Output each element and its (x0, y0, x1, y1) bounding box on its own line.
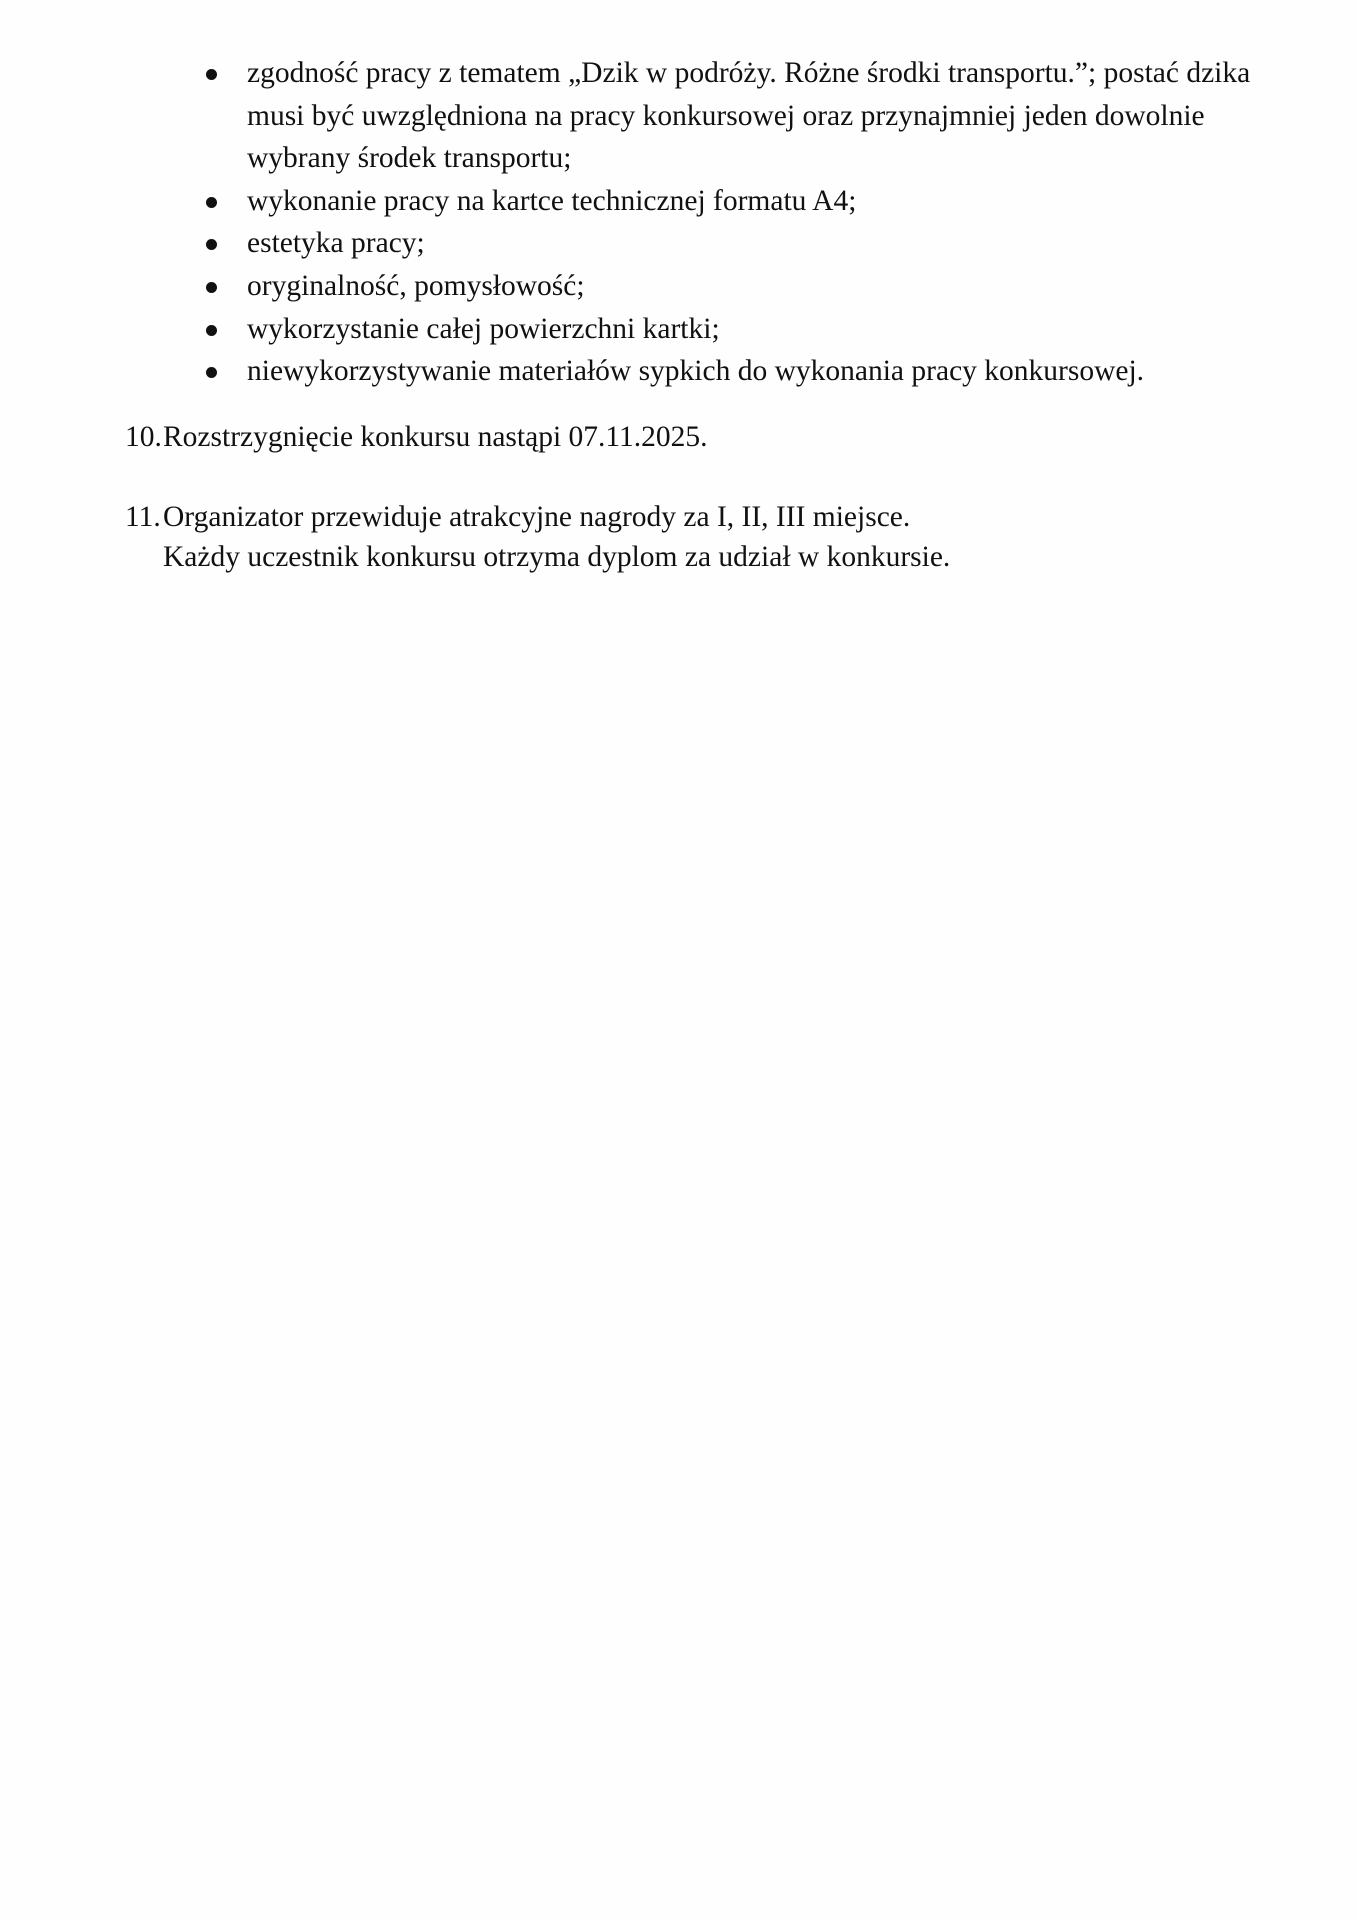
criteria-item: wykorzystanie całej powierzchni kartki; (0, 308, 1257, 351)
bullet-icon (206, 239, 217, 250)
criteria-item: estetyka pracy; (0, 222, 1257, 265)
item-text: Rozstrzygnięcie konkursu nastąpi 07.11.2… (163, 421, 708, 453)
document-page: zgodność pracy z tematem „Dzik w podróży… (0, 0, 1357, 1920)
numbered-item-11: 11.Organizator przewiduje atrakcyjne nag… (125, 497, 1225, 577)
criteria-item: wykonanie pracy na kartce technicznej fo… (0, 180, 1257, 223)
criteria-text: wykorzystanie całej powierzchni kartki; (247, 313, 720, 345)
bullet-icon (206, 325, 217, 336)
criteria-item: niewykorzystywanie materiałów sypkich do… (0, 350, 1257, 393)
criteria-item: zgodność pracy z tematem „Dzik w podróży… (0, 52, 1257, 180)
item-text: Organizator przewiduje atrakcyjne nagrod… (163, 501, 910, 533)
item-number: 10. (125, 417, 163, 457)
criteria-text: oryginalność, pomysłowość; (247, 270, 585, 302)
criteria-text: niewykorzystywanie materiałów sypkich do… (247, 355, 1144, 387)
item-text-continuation: Każdy uczestnik konkursu otrzyma dyplom … (125, 537, 1225, 577)
criteria-list: zgodność pracy z tematem „Dzik w podróży… (0, 52, 1257, 393)
criteria-text: wykonanie pracy na kartce technicznej fo… (247, 185, 856, 217)
bullet-icon (206, 197, 217, 208)
bullet-icon (206, 69, 217, 80)
criteria-text: estetyka pracy; (247, 227, 425, 259)
item-number: 11. (125, 497, 163, 537)
criteria-item: oryginalność, pomysłowość; (0, 265, 1257, 308)
criteria-text: zgodność pracy z tematem „Dzik w podróży… (247, 57, 1250, 174)
bullet-icon (206, 367, 217, 378)
numbered-item-10: 10.Rozstrzygnięcie konkursu nastąpi 07.1… (125, 417, 1225, 457)
bullet-icon (206, 282, 217, 293)
